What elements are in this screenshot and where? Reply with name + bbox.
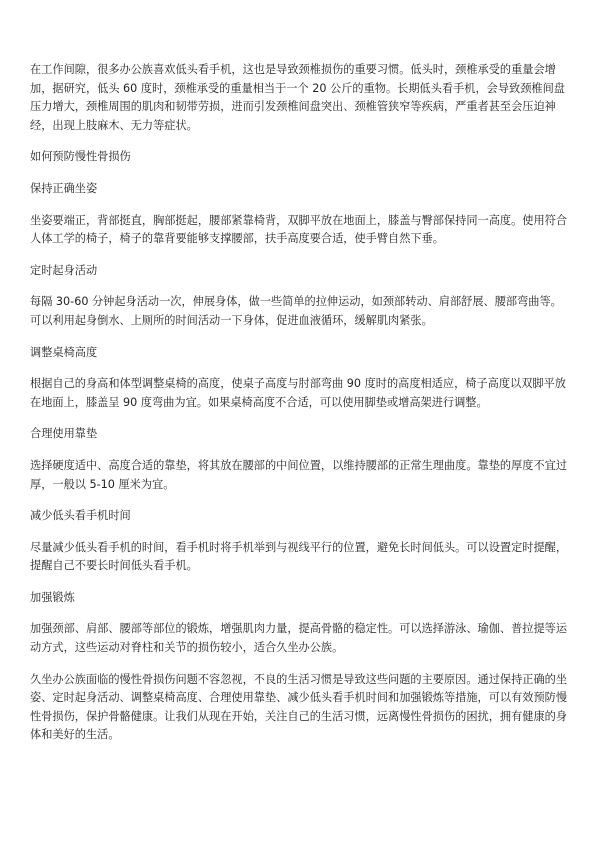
subheading-posture: 保持正确坐姿 <box>30 180 568 199</box>
subheading-exercise: 加强锻炼 <box>30 589 568 608</box>
paragraph-posture: 坐姿要端正，背部挺直，胸部挺起，腰部紧靠椅背，双脚平放在地面上，膝盖与臀部保持同… <box>30 212 568 249</box>
subheading-desk-height: 调整桌椅高度 <box>30 344 568 363</box>
paragraph-activity: 每隔 30-60 分钟起身活动一次，伸展身体，做一些简单的拉伸运动，如颈部转动、… <box>30 293 568 330</box>
subheading-cushion: 合理使用靠垫 <box>30 425 568 444</box>
subheading-activity: 定时起身活动 <box>30 262 568 281</box>
conclusion-paragraph: 久坐办公族面临的慢性骨损伤问题不容忽视，不良的生活习惯是导致这些问题的主要原因。… <box>30 671 568 745</box>
document-page: 在工作间隙，很多办公族喜欢低头看手机，这也是导致颈椎损伤的重要习惯。低头时，颈椎… <box>30 61 568 758</box>
intro-paragraph: 在工作间隙，很多办公族喜欢低头看手机，这也是导致颈椎损伤的重要习惯。低头时，颈椎… <box>30 61 568 135</box>
paragraph-phone: 尽量减少低头看手机的时间，看手机时将手机举到与视线平行的位置，避免长时间低头。可… <box>30 539 568 576</box>
paragraph-cushion: 选择硬度适中、高度合适的靠垫，将其放在腰部的中间位置，以维持腰部的正常生理曲度。… <box>30 457 568 494</box>
paragraph-exercise: 加强颈部、肩部、腰部等部位的锻炼，增强肌肉力量，提高骨骼的稳定性。可以选择游泳、… <box>30 620 568 657</box>
section-heading-prevention: 如何预防慢性骨损伤 <box>30 148 568 167</box>
subheading-phone: 减少低头看手机时间 <box>30 507 568 526</box>
paragraph-desk-height: 根据自己的身高和体型调整桌椅的高度，使桌子高度与肘部弯曲 90 度时的高度相适应… <box>30 375 568 412</box>
